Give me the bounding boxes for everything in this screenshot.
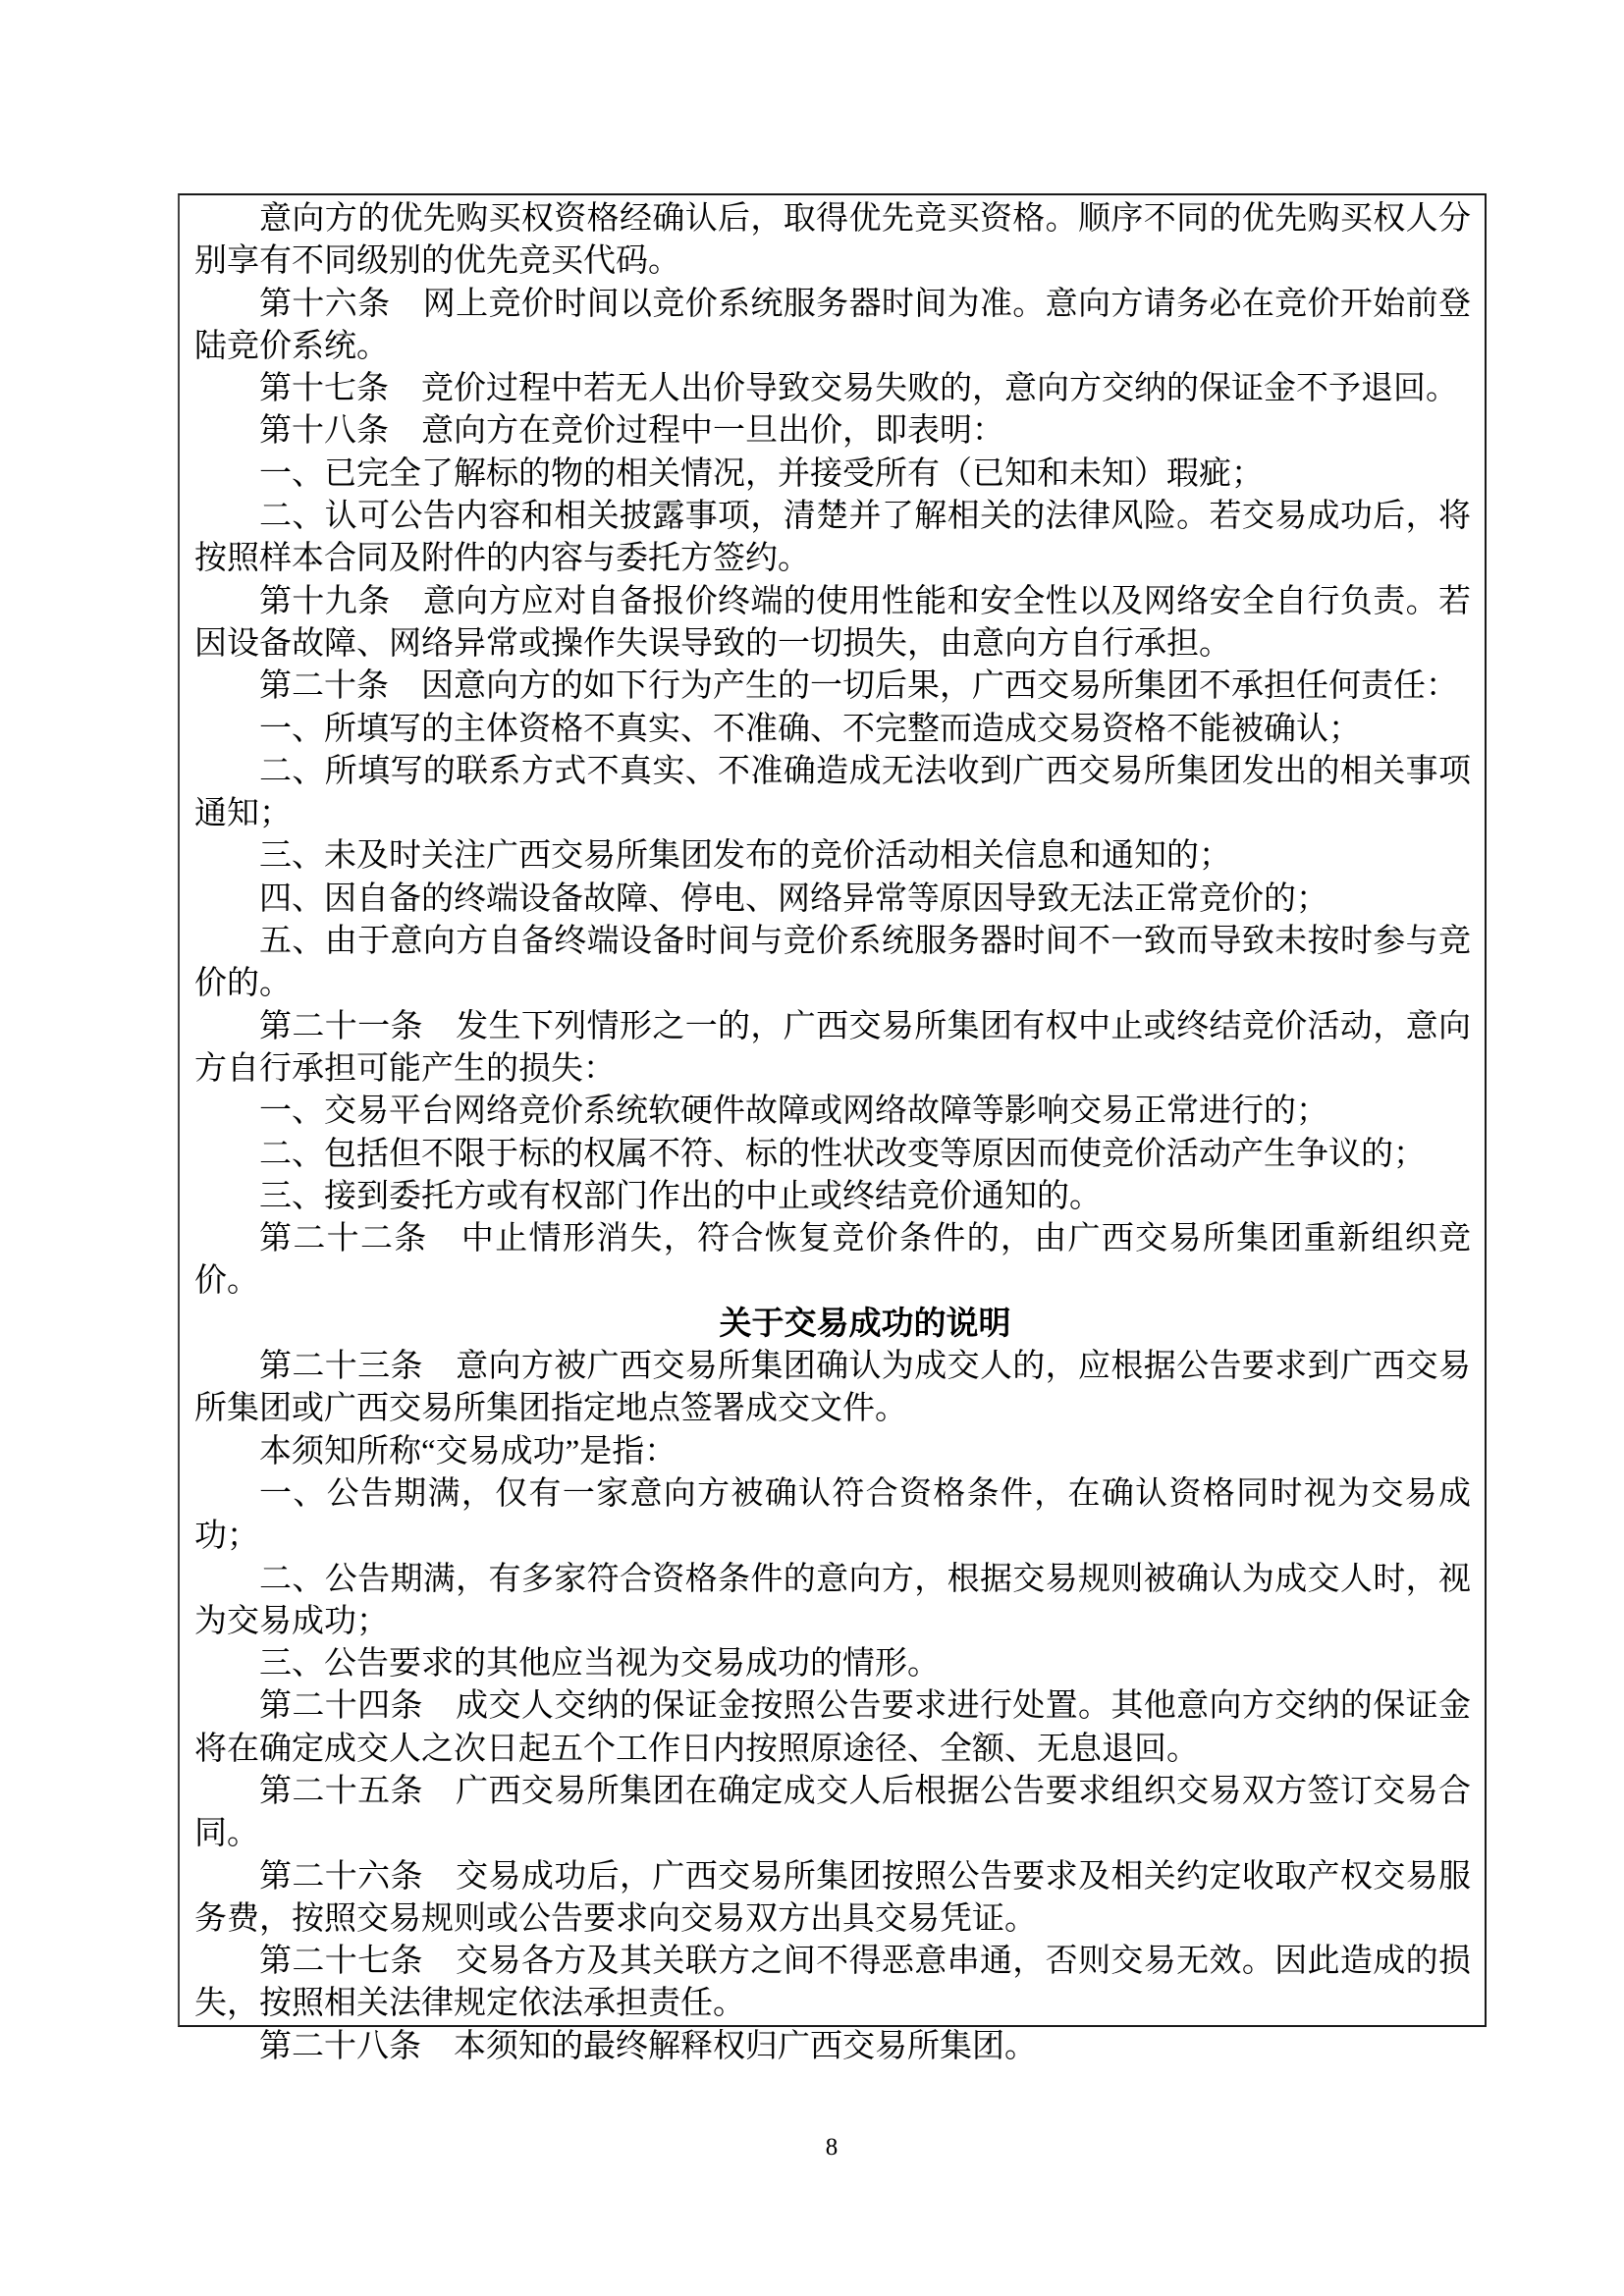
article-22: 第二十二条 中止情形消失，符合恢复竞价条件的，由广西交易所集团重新组织竞价。 (194, 1218, 1471, 1304)
article-27: 第二十七条 交易各方及其关联方之间不得恶意串通，否则交易无效。因此造成的损失，按… (194, 1941, 1471, 2026)
article-18: 第十八条 意向方在竞价过程中一旦出价，即表明： (194, 410, 1471, 453)
article-20: 第二十条 因意向方的如下行为产生的一切后果，广西交易所集团不承担任何责任： (194, 666, 1471, 708)
article-20-item-1: 一、所填写的主体资格不真实、不准确、不完整而造成交易资格不能被确认； (194, 709, 1471, 751)
article-17: 第十七条 竞价过程中若无人出价导致交易失败的，意向方交纳的保证金不予退回。 (194, 368, 1471, 410)
paragraph-priority-purchase: 意向方的优先购买权资格经确认后，取得优先竞买资格。顺序不同的优先购买权人分别享有… (194, 198, 1471, 284)
definition-item-1: 一、公告期满，仅有一家意向方被确认符合资格条件，在确认资格同时视为交易成功； (194, 1473, 1471, 1559)
definition-item-2: 二、公告期满，有多家符合资格条件的意向方，根据交易规则被确认为成交人时，视为交易… (194, 1559, 1471, 1644)
article-25: 第二十五条 广西交易所集团在确定成交人后根据公告要求组织交易双方签订交易合同。 (194, 1771, 1471, 1856)
article-28: 第二十八条 本须知的最终解释权归广西交易所集团。 (194, 2026, 1471, 2068)
article-18-item-2: 二、认可公告内容和相关披露事项，清楚并了解相关的法律风险。若交易成功后，将按照样… (194, 496, 1471, 581)
article-16: 第十六条 网上竞价时间以竞价系统服务器时间为准。意向方请务必在竞价开始前登陆竞价… (194, 284, 1471, 369)
definition-item-3: 三、公告要求的其他应当视为交易成功的情形。 (194, 1643, 1471, 1685)
article-20-item-5: 五、由于意向方自备终端设备时间与竞价系统服务器时间不一致而导致未按时参与竞价的。 (194, 921, 1471, 1006)
article-21-item-2: 二、包括但不限于标的权属不符、标的性状改变等原因而使竞价活动产生争议的； (194, 1134, 1471, 1176)
article-18-item-1: 一、已完全了解标的物的相关情况，并接受所有（已知和未知）瑕疵； (194, 454, 1471, 496)
article-20-item-2: 二、所填写的联系方式不真实、不准确造成无法收到广西交易所集团发出的相关事项通知； (194, 751, 1471, 836)
article-21: 第二十一条 发生下列情形之一的，广西交易所集团有权中止或终结竞价活动，意向方自行… (194, 1006, 1471, 1092)
definition-intro: 本须知所称“交易成功”是指： (194, 1431, 1471, 1473)
article-20-item-3: 三、未及时关注广西交易所集团发布的竞价活动相关信息和通知的； (194, 835, 1471, 878)
article-23: 第二十三条 意向方被广西交易所集团确认为成交人的，应根据公告要求到广西交易所集团… (194, 1346, 1471, 1431)
article-19: 第十九条 意向方应对自备报价终端的使用性能和安全性以及网络安全自行负责。若因设备… (194, 581, 1471, 667)
document-body: 意向方的优先购买权资格经确认后，取得优先竞买资格。顺序不同的优先购买权人分别享有… (194, 198, 1471, 2068)
article-24: 第二十四条 成交人交纳的保证金按照公告要求进行处置。其他意向方交纳的保证金将在确… (194, 1685, 1471, 1771)
article-21-item-1: 一、交易平台网络竞价系统软硬件故障或网络故障等影响交易正常进行的； (194, 1091, 1471, 1133)
article-26: 第二十六条 交易成功后，广西交易所集团按照公告要求及相关约定收取产权交易服务费，… (194, 1856, 1471, 1942)
content-frame: 意向方的优先购买权资格经确认后，取得优先竞买资格。顺序不同的优先购买权人分别享有… (178, 193, 1487, 2027)
section-heading: 关于交易成功的说明 (194, 1304, 1471, 1346)
article-20-item-4: 四、因自备的终端设备故障、停电、网络异常等原因导致无法正常竞价的； (194, 879, 1471, 921)
article-21-item-3: 三、接到委托方或有权部门作出的中止或终结竞价通知的。 (194, 1176, 1471, 1218)
page-number: 8 (0, 2133, 1624, 2163)
